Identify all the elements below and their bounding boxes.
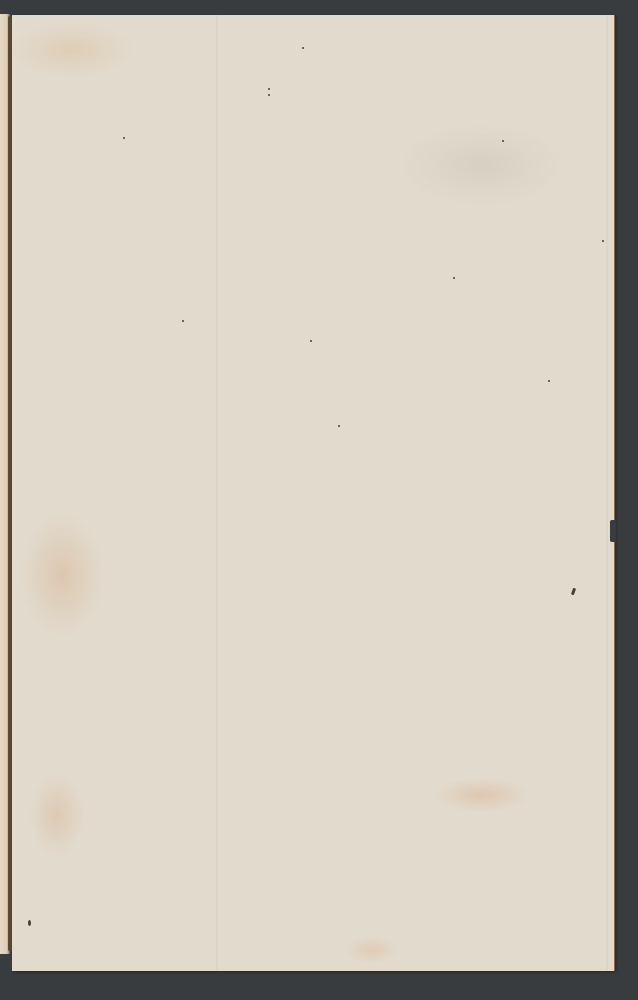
ink-speck: [302, 47, 304, 49]
ink-speck: [453, 277, 455, 279]
ink-speck: [268, 88, 270, 90]
ink-speck: [602, 240, 604, 242]
ink-speck: [123, 137, 125, 139]
ink-speck: [338, 425, 340, 427]
ink-speck: [571, 588, 576, 596]
page-edge-tear: [610, 520, 616, 542]
ink-speck: [548, 380, 550, 382]
ink-speck: [310, 340, 312, 342]
ink-speck: [502, 140, 504, 142]
ink-speck: [182, 320, 184, 322]
scan-background: [0, 0, 638, 1000]
blank-page: [12, 15, 614, 971]
ink-speck: [28, 920, 31, 926]
ink-speck: [268, 94, 270, 96]
